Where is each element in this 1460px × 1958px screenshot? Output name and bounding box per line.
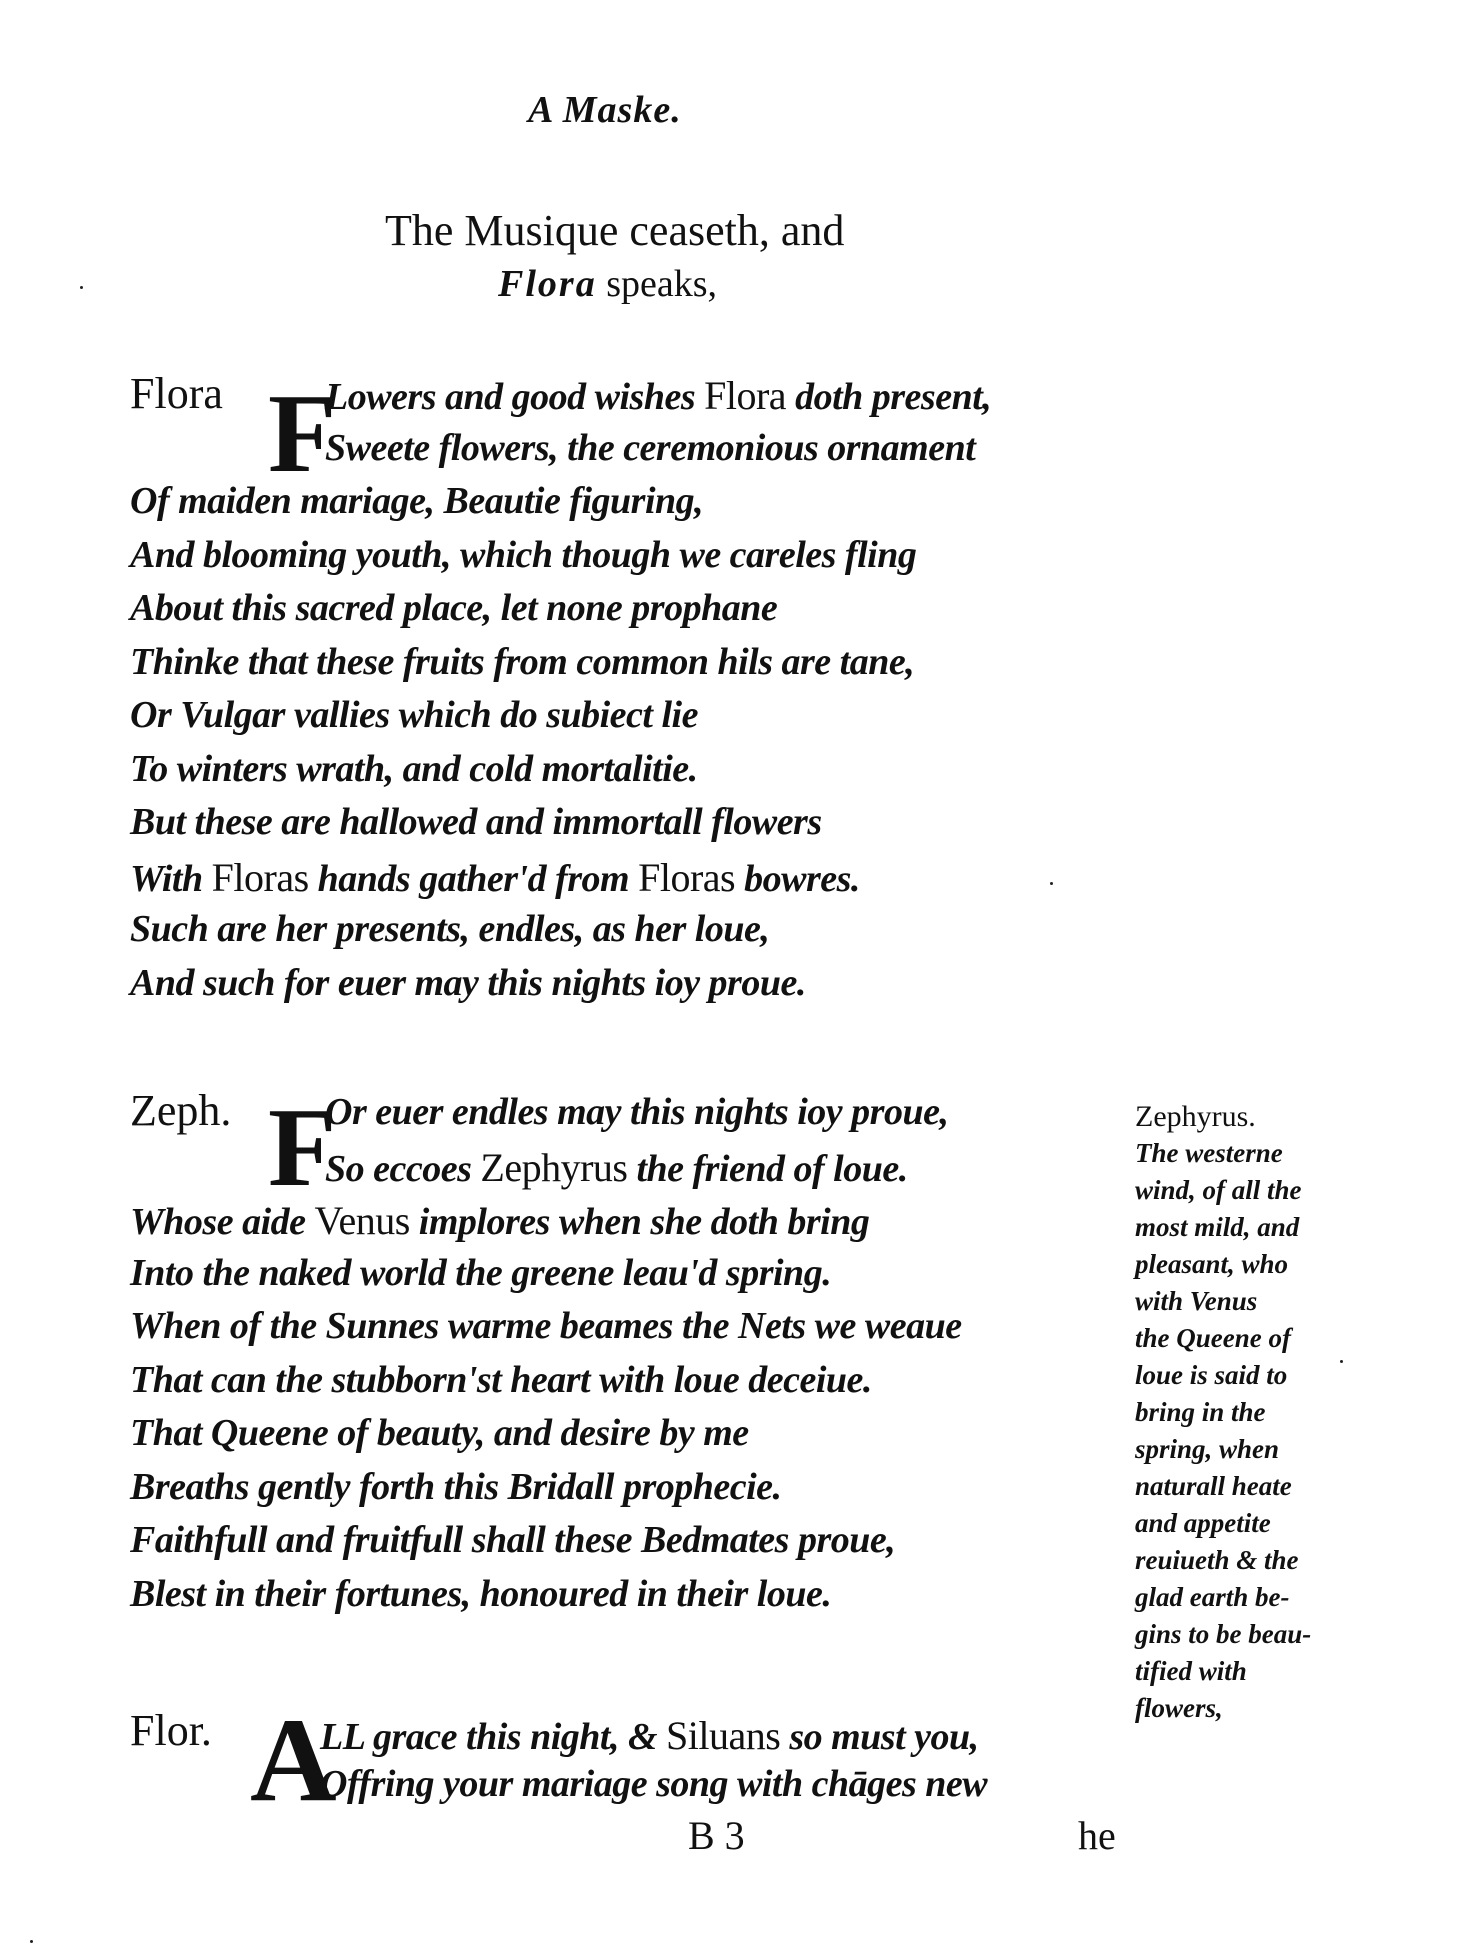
verse-text: Into the naked world the greene leau'd s… bbox=[130, 1252, 831, 1294]
verse-line: Whose aide Venus implores when she doth … bbox=[130, 1197, 869, 1244]
margin-note-line: spring, when bbox=[1135, 1431, 1365, 1468]
verse-text: Faithfull and fruitfull shall these Bedm… bbox=[130, 1519, 895, 1561]
verse-line: Sweete flowers, the ceremonious ornament bbox=[325, 426, 975, 470]
margin-note-line: naturall heate bbox=[1135, 1468, 1365, 1505]
margin-note-line: gins to be beau- bbox=[1135, 1616, 1365, 1653]
stage-direction-line2: Flora speaks, bbox=[498, 262, 717, 306]
catchword: he bbox=[1078, 1812, 1116, 1859]
verse-line: Faithfull and fruitfull shall these Bedm… bbox=[130, 1518, 895, 1562]
speaker-label-flora: Flora bbox=[130, 368, 223, 419]
verse-text: That can the stubborn'st heart with loue… bbox=[130, 1359, 872, 1401]
margin-note-line: loue is said to bbox=[1135, 1357, 1365, 1394]
verse-line: Such are her presents, endles, as her lo… bbox=[130, 907, 769, 951]
verse-line: But these are hallowed and immortall flo… bbox=[130, 800, 822, 844]
margin-note: Zephyrus. The westernewind, of all themo… bbox=[1135, 1098, 1365, 1727]
verse-text: Or euer endles may this nights ioy proue… bbox=[325, 1091, 948, 1133]
verse-text: With bbox=[130, 858, 212, 900]
verse-line: That can the stubborn'st heart with loue… bbox=[130, 1358, 872, 1402]
verse-line: And blooming youth, which though we care… bbox=[130, 533, 916, 577]
verse-text: To winters wrath, and cold mortalitie. bbox=[130, 748, 698, 790]
verse-text: implores when she doth bring bbox=[410, 1201, 870, 1243]
roman-name: Flora bbox=[704, 373, 786, 418]
roman-name: Venus bbox=[315, 1198, 410, 1243]
margin-note-line: bring in the bbox=[1135, 1394, 1365, 1431]
verse-line: Breaths gently forth this Bridall prophe… bbox=[130, 1465, 782, 1509]
verse-line: With Floras hands gather'd from Floras b… bbox=[130, 854, 860, 901]
verse-text: About this sacred place, let none propha… bbox=[130, 587, 777, 629]
verse-text: LL grace this night, & bbox=[320, 1716, 666, 1758]
verse-text: That Queene of beauty, and desire by me bbox=[130, 1412, 749, 1454]
verse-line: Or euer endles may this nights ioy proue… bbox=[325, 1090, 948, 1134]
verse-text: doth present, bbox=[786, 376, 991, 418]
verse-text: Thinke that these fruits from common hil… bbox=[130, 641, 914, 683]
verse-line: Offring your mariage song with chāges ne… bbox=[320, 1762, 987, 1806]
roman-name: Floras bbox=[212, 855, 309, 900]
verse-line: When of the Sunnes warme beames the Nets… bbox=[130, 1304, 962, 1348]
verse-text: And such for euer may this nights ioy pr… bbox=[130, 962, 806, 1004]
verse-text: Blest in their fortunes, honoured in the… bbox=[130, 1573, 831, 1615]
verse-line: So eccoes Zephyrus the friend of loue. bbox=[325, 1144, 908, 1191]
verse-line: Lowers and good wishes Flora doth presen… bbox=[325, 372, 991, 419]
margin-note-line: and appetite bbox=[1135, 1505, 1365, 1542]
roman-name: Floras bbox=[638, 855, 735, 900]
verse-line: LL grace this night, & Siluans so must y… bbox=[320, 1712, 979, 1759]
margin-note-line: reuiueth & the bbox=[1135, 1542, 1365, 1579]
margin-note-line: most mild, and bbox=[1135, 1209, 1365, 1246]
verse-text: When of the Sunnes warme beames the Nets… bbox=[130, 1305, 962, 1347]
roman-name: Siluans bbox=[666, 1713, 780, 1758]
verse-line: To winters wrath, and cold mortalitie. bbox=[130, 747, 698, 791]
running-head: A Maske. bbox=[528, 88, 682, 132]
verse-line: Or Vulgar vallies which do subiect lie bbox=[130, 693, 698, 737]
margin-note-line: with Venus bbox=[1135, 1283, 1365, 1320]
stage-direction-speaker: Flora bbox=[498, 263, 597, 305]
verse-line: Blest in their fortunes, honoured in the… bbox=[130, 1572, 831, 1616]
margin-note-line: tified with bbox=[1135, 1653, 1365, 1690]
verse-text: Such are her presents, endles, as her lo… bbox=[130, 908, 769, 950]
margin-note-line: glad earth be- bbox=[1135, 1579, 1365, 1616]
print-speck bbox=[80, 286, 83, 289]
verse-text: Sweete flowers, the ceremonious ornament bbox=[325, 427, 975, 469]
verse-text: Of maiden mariage, Beautie figuring, bbox=[130, 480, 703, 522]
verse-text: But these are hallowed and immortall flo… bbox=[130, 801, 822, 843]
stage-direction-rest: speaks, bbox=[597, 263, 717, 305]
roman-name: Zephyrus bbox=[480, 1145, 627, 1190]
verse-text: Whose aide bbox=[130, 1201, 315, 1243]
verse-text: hands gather'd from bbox=[309, 858, 638, 900]
verse-line: Thinke that these fruits from common hil… bbox=[130, 640, 914, 684]
print-speck bbox=[1340, 1360, 1343, 1363]
verse-text: so must you, bbox=[780, 1716, 978, 1758]
margin-note-line: the Queene of bbox=[1135, 1320, 1365, 1357]
verse-line: That Queene of beauty, and desire by me bbox=[130, 1411, 749, 1455]
verse-text: bowres. bbox=[735, 858, 860, 900]
speaker-label-flor: Flor. bbox=[130, 1705, 212, 1756]
print-speck bbox=[1050, 882, 1053, 885]
margin-note-body: The westernewind, of all themost mild, a… bbox=[1135, 1135, 1365, 1727]
verse-line: And such for euer may this nights ioy pr… bbox=[130, 961, 806, 1005]
signature-mark: B 3 bbox=[688, 1812, 745, 1859]
verse-text: Lowers and good wishes bbox=[325, 376, 704, 418]
margin-note-title: Zephyrus. bbox=[1135, 1098, 1365, 1135]
verse-line: Of maiden mariage, Beautie figuring, bbox=[130, 479, 703, 523]
verse-text: And blooming youth, which though we care… bbox=[130, 534, 916, 576]
margin-note-line: flowers, bbox=[1135, 1690, 1365, 1727]
print-speck bbox=[30, 1940, 33, 1943]
verse-text: the friend of loue. bbox=[627, 1148, 907, 1190]
verse-text: Offring your mariage song with chāges ne… bbox=[320, 1763, 987, 1805]
verse-text: Or Vulgar vallies which do subiect lie bbox=[130, 694, 698, 736]
stage-direction-line1: The Musique ceaseth, and bbox=[385, 205, 844, 256]
verse-text: Breaths gently forth this Bridall prophe… bbox=[130, 1466, 782, 1508]
margin-note-line: The westerne bbox=[1135, 1135, 1365, 1172]
margin-note-line: pleasant, who bbox=[1135, 1246, 1365, 1283]
verse-line: Into the naked world the greene leau'd s… bbox=[130, 1251, 831, 1295]
verse-line: About this sacred place, let none propha… bbox=[130, 586, 777, 630]
margin-note-line: wind, of all the bbox=[1135, 1172, 1365, 1209]
verse-text: So eccoes bbox=[325, 1148, 480, 1190]
speaker-label-zeph: Zeph. bbox=[130, 1085, 231, 1136]
